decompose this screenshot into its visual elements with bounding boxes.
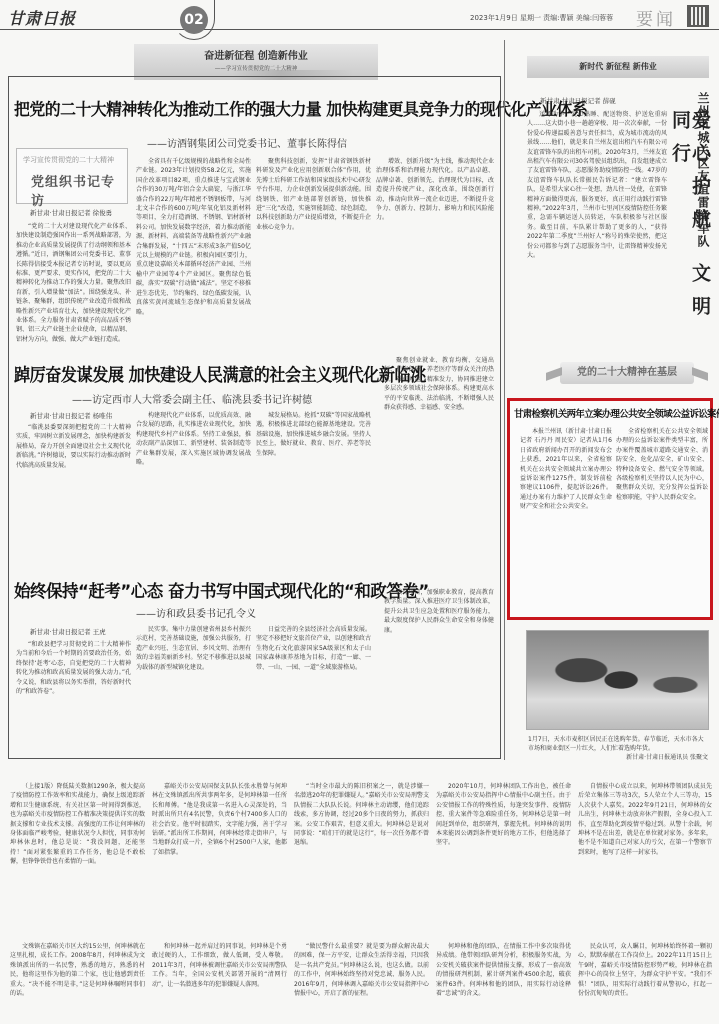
main-banner: 奋进新征程 创造新伟业 ——学习宣传贯彻党的二十大精神: [134, 44, 378, 80]
bottom-row-column-3: “做民警什么最重要？就是要为群众解决最大的困难，保一方平安，让群众生活得幸福，只…: [294, 942, 429, 1022]
bottom-column-1: （上接1版）降低陆关数据1290条，极大提高了疫情防控工作效率和实战能力，确保上…: [10, 782, 145, 937]
bottom-column-2: 嘉峪关市公安局国保支队队长张永胜曾与何坤林在文殊镇派出所共事两年多，是何坤林第一…: [152, 782, 287, 937]
photo-caption: 1月7日，天水市麦积区居民正在选购年货。春节临近，天水市各大市场和商业街区一片红…: [528, 735, 708, 762]
feature-byline: 新甘肃·甘肃日报记者 薛砚: [540, 96, 616, 105]
qr-code-icon[interactable]: [687, 5, 709, 27]
right-banner: 新时代 新征程 新伟业: [527, 56, 709, 78]
article-3-column-3: 日益完善的全县经济社会高质量发展。坚定不移把好文旅首位产业，以创建和政古生物化石…: [256, 625, 371, 755]
article-2-column-1: “临洮县委要深刻把握党的二十大精神实质，牢固树立新发展理念，加快构建新发展格局，…: [16, 423, 131, 543]
news-box-body-left: 本报兰州讯（新甘肃·甘肃日报记者 石丹丹 周民安）记者从1月6日省政府新闻办召开…: [520, 427, 612, 615]
article-1-column-4: 增效、创新升级“为主线，推动现代企业治理体系和治理能力现代化。以产品卓越、品牌卓…: [376, 157, 494, 352]
article-3-column-2: 民实事。集中力量创建省州县乡村振兴示范村，完善基础设施，加强公共服务，打造产业兴…: [136, 625, 251, 755]
dateline: 2023年1月9日 星期一 责编:曹颖 美编:闫蓉蓉: [470, 13, 613, 23]
right-rail-divider: [504, 40, 505, 760]
bottom-row-column-1: 文殊镇在嘉峪关市区大约15公里，何坤林就在这里扎根，成长工作。2008年8月，何…: [10, 942, 145, 1022]
article-1-headline[interactable]: 把党的二十大精神转化为推动工作的强大力量 加快构建更具竞争力的现代化产业体系: [14, 96, 587, 120]
article-1-column-2: 全省具有千亿级规模的战略性和全局性产业链。2023年计划投资58.2亿元，实施国…: [136, 157, 251, 352]
article-3-column-1: “和政县把学习贯彻党的二十大精神作为当前和今后一个时期的首要政治任务，始终保持‘…: [16, 640, 131, 755]
interview-tag-label: 党组织书记专访: [31, 171, 127, 209]
article-1-byline: 新甘肃·甘肃日报记者 徐俊勇: [30, 208, 112, 217]
article-1-subhead: ——访酒钢集团公司党委书记、董事长陈得信: [147, 135, 347, 150]
interview-tag: 学习宣传贯彻党的二十大精神 党组织书记专访: [16, 148, 128, 204]
article-3-subhead: ——访和政县委书记孔令义: [136, 605, 256, 620]
article-2-subhead: ——访定西市人大常委会副主任、临洮县委书记许树德: [72, 391, 312, 406]
article-1-column-3: 聚焦科技创新，发挥“甘肃省钢铁新材料研发及产业化应用创新联合体”作用，优先博士后…: [256, 157, 371, 352]
feature-subtitle: 兰州市城关区友谊雷锋车队: [696, 92, 710, 248]
article-3-byline: 新甘肃·甘肃日报记者 王虎: [30, 627, 106, 636]
photo-caption-text: 1月7日，天水市麦积区居民正在选购年货。春节临近，天水市各大市场和商业街区一片红…: [528, 736, 704, 752]
news-box: 甘肃检察机关两年立案办理公共安全领域公益诉讼案件1275件 本报兰州讯（新甘肃·…: [507, 398, 713, 620]
bottom-row-column-5: 民众认可，众人瞩目，何坤林始终怀着一颗初心，默默奉献在工作岗位上。2022年11…: [578, 942, 712, 1022]
bottom-column-3: “当时全市最大的陈旧积案之一，就是涉嫌一名潜逃20年的犯罪嫌疑人。”嘉峪关市公安…: [294, 782, 429, 937]
news-box-body-right: 全省检察机关在公共安全领域办理的公益诉讼案件类型丰富，所办案件覆盖城市道路交通安…: [616, 427, 708, 615]
article-2-column-3: 城发展格局。抢抓“双碳”等国家战略机遇，积极推进北部绿色能源基地建设。完善基础设…: [256, 411, 371, 543]
interview-tag-top: 学习宣传贯彻党的二十大精神: [23, 155, 114, 165]
bottom-column-4: 2020年10月，何坤林团队工作出色，被任命为嘉峪关市公安局指挥中心情报中心副主…: [436, 782, 571, 937]
article-2-headline[interactable]: 踔厉奋发谋发展 加快建设人民满意的社会主义现代化新临洮: [14, 362, 426, 387]
article-1-column-1: “党的二十大对建设现代化产业体系、加快建设制造强国作出一系列战略部署，为推动企业…: [16, 222, 131, 352]
section-ribbon: 党的二十大精神在基层: [560, 362, 694, 384]
photo-credit: 新甘肃·甘肃日报通讯员 张聚文: [528, 753, 708, 762]
right-banner-title: 新时代 新征程 新伟业: [527, 56, 709, 78]
news-box-title[interactable]: 甘肃检察机关两年立案办理公共安全领域公益诉讼案件1275件: [514, 406, 710, 420]
masthead: 甘肃日报 02 2023年1月9日 星期一 责编:曹颖 美编:闫蓉蓉 要闻: [0, 0, 719, 30]
article-2-column-4: 聚焦创业就业、教育均衡、交通出行、住房保障、养老医疗等群众关注的热点、难点问题，…: [384, 356, 494, 543]
feature-body: 送考助学、爱心熟睡、配送物资、护送危重病人……这大街小巷一趟趟穿梭、用一次次奉献…: [527, 110, 667, 350]
article-2-byline: 新甘肃·甘肃日报记者 杨唯伟: [30, 411, 112, 420]
bottom-row-column-2: 和何坤林一起并肩过的同事说，何坤林是个勇敢过硬的人，工作细致，做人低调，受人尊敬…: [152, 942, 287, 1022]
bottom-column-5: 自情报中心成立以来，何坤林带领团队成员先后荣立集体三等功3次，5人荣立个人三等功…: [578, 782, 712, 937]
page-number: 02: [180, 6, 208, 34]
banner-title: 奋进新征程 创造新伟业: [134, 47, 378, 62]
article-3-column-4: 教育项目，加强职业教育，提高教育教学质量。深入推进医疗卫生体制改革，提升公共卫生…: [384, 588, 494, 755]
section-label: 要闻: [636, 5, 676, 30]
newspaper-logo: 甘肃日报: [8, 6, 76, 29]
article-2-column-2: 构建现代化产业体系，以优质高效、融合发展的思路，扎实推进农业现代化，加快构建现代…: [136, 411, 251, 543]
bottom-row-column-4: 何坤林和他的团队，在情报工作中多次取得优异成绩。他带领团队研判分析，积极服务实战…: [436, 942, 571, 1022]
market-photo[interactable]: [526, 630, 709, 730]
article-3-headline[interactable]: 始终保持“赶考”心态 奋力书写中国式现代化的“和政答卷”: [14, 577, 429, 602]
